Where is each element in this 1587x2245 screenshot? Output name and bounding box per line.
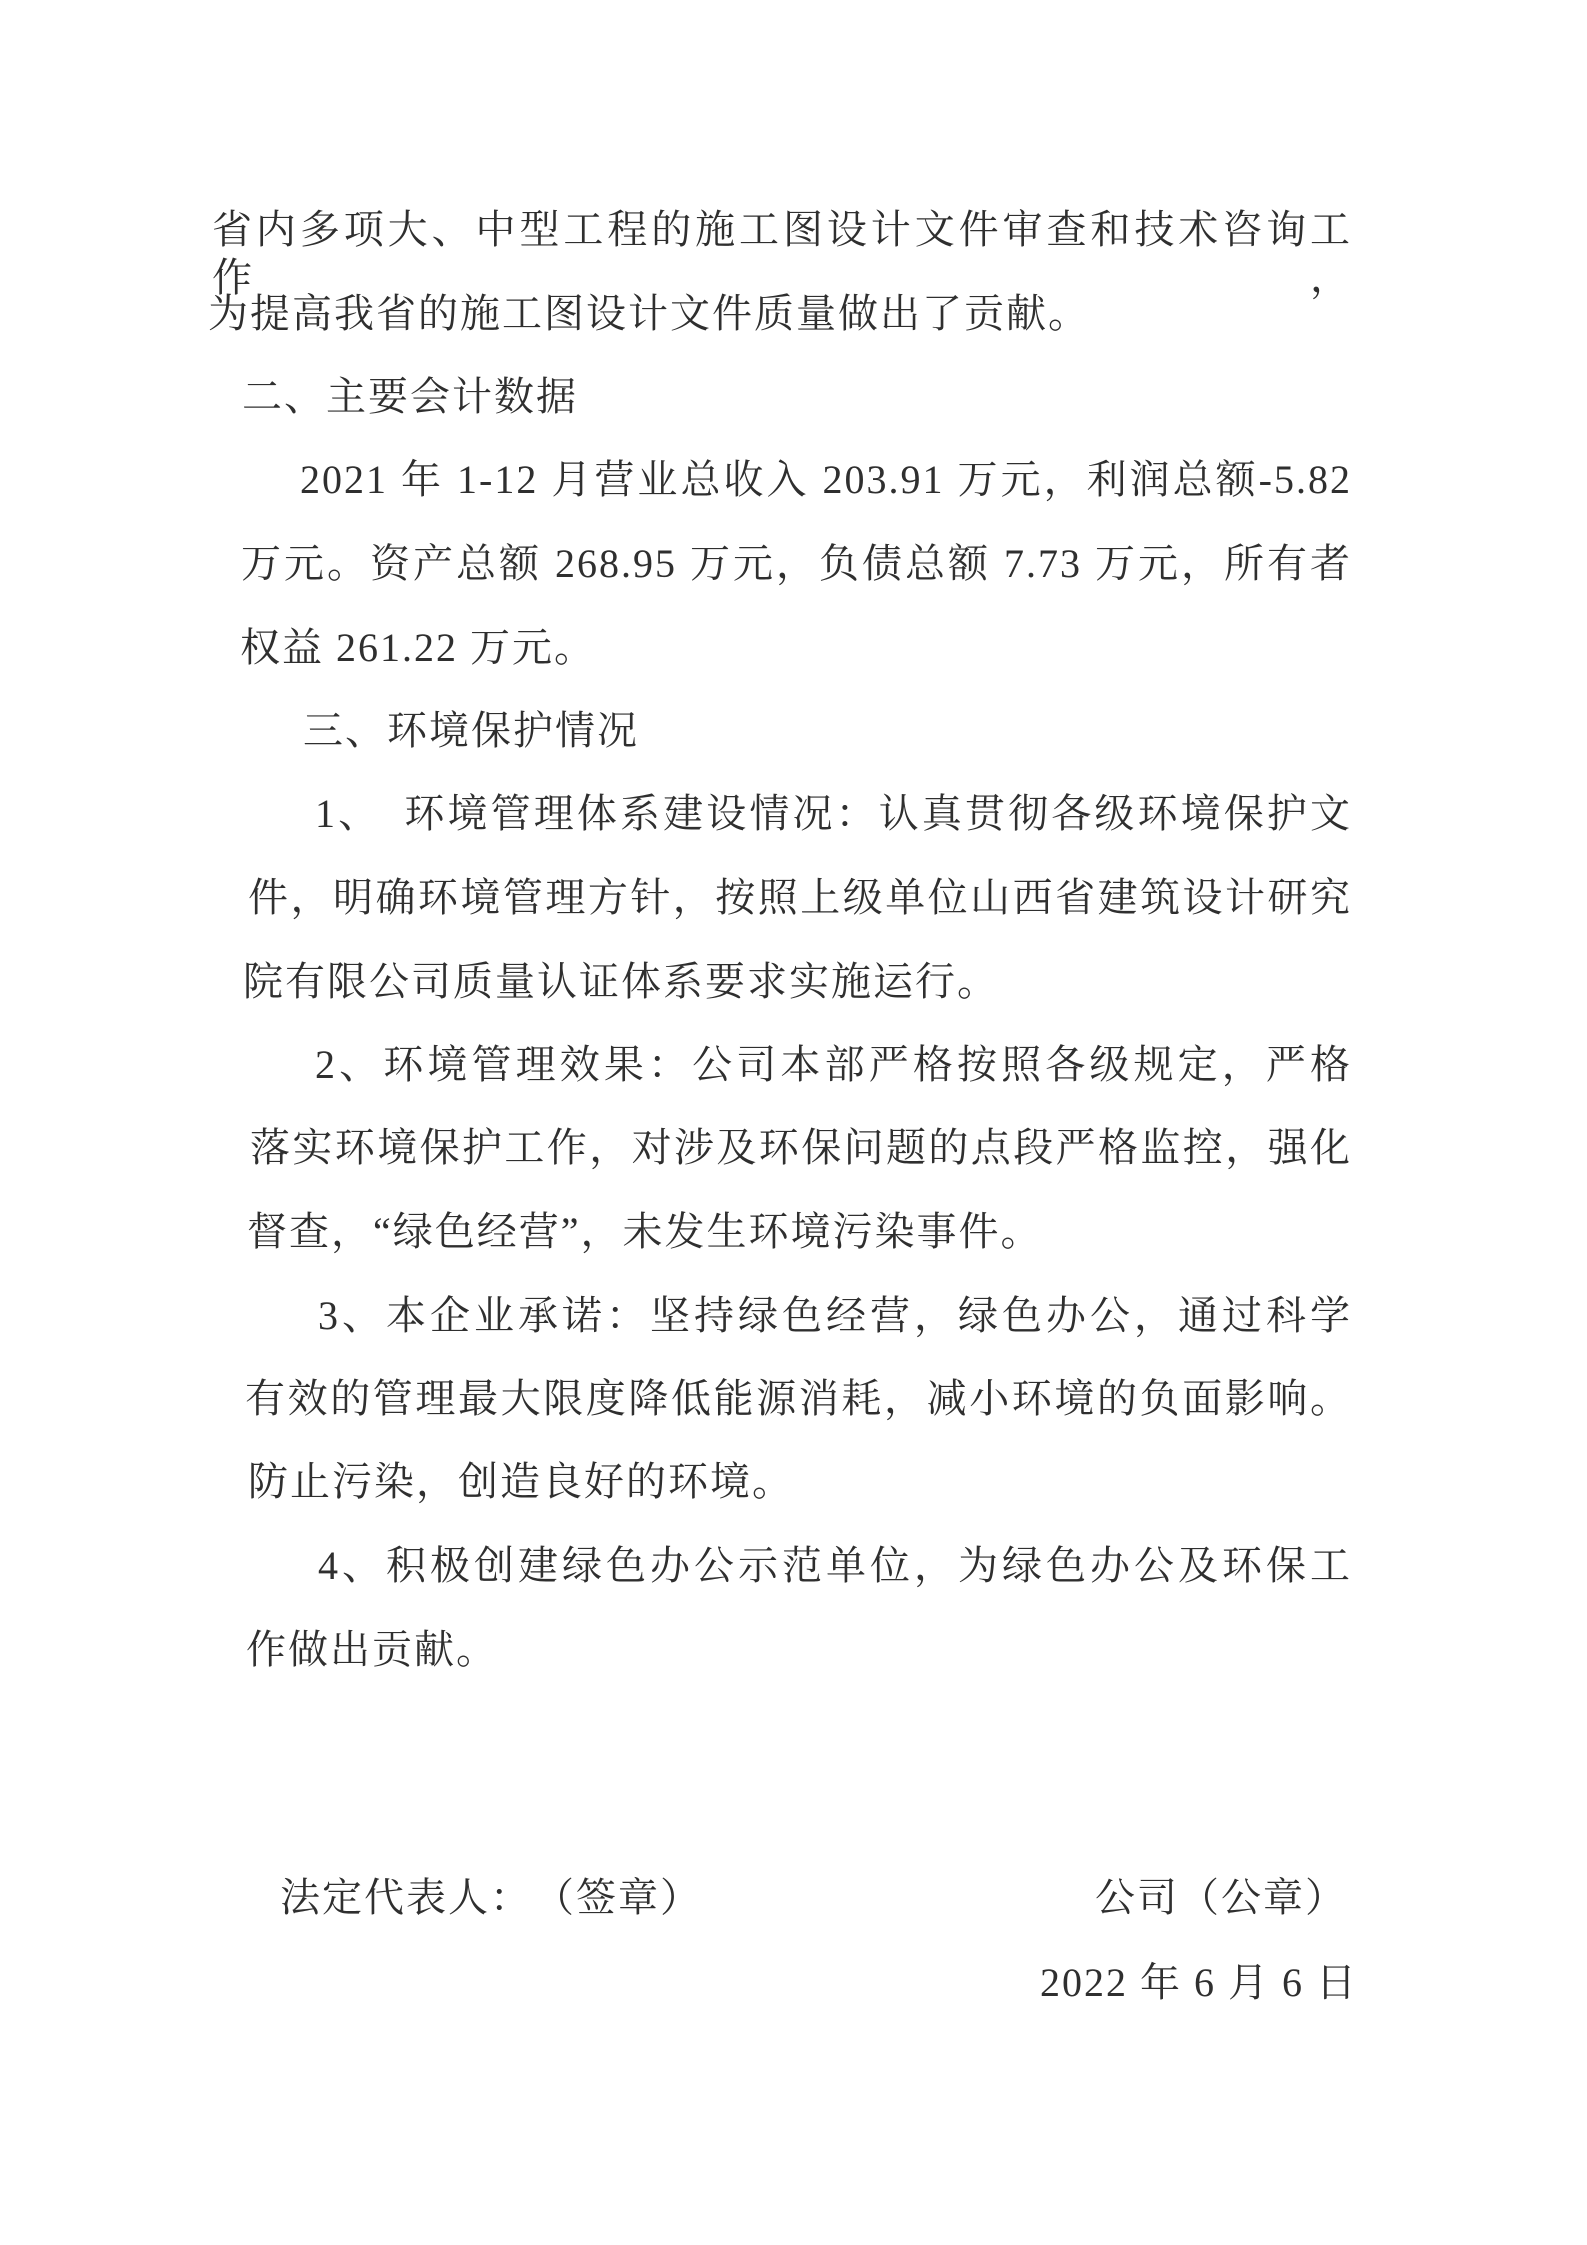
body-line: 防止污染，创造良好的环境。 — [248, 1458, 794, 1506]
body-line: 权益 261.22 万元。 — [240, 624, 596, 672]
body-line: 有效的管理最大限度降低能源消耗，减小环境的负面影响。 — [245, 1375, 1352, 1423]
date-line: 2022 年 6 月 6 日 — [1040, 1959, 1358, 2007]
legal-representative-signature-label: 法定代表人： （签章） — [280, 1874, 702, 1922]
body-line: 督查，“绿色经营”，未发生环境污染事件。 — [247, 1208, 1043, 1256]
body-line: 件，明确环境管理方针，按照上级单位山西省建筑设计研究 — [248, 874, 1352, 922]
body-line: 为提高我省的施工图设计文件质量做出了贡献。 — [208, 290, 1090, 338]
section-heading: 二、主要会计数据 — [242, 373, 578, 421]
body-line: 4、积极创建绿色办公示范单位，为绿色办公及环保工 — [318, 1542, 1352, 1590]
body-line: 万元。资产总额 268.95 万元，负债总额 7.73 万元，所有者 — [241, 540, 1352, 588]
body-line: 落实环境保护工作，对涉及环保问题的点段严格监控，强化 — [250, 1124, 1352, 1172]
body-line: 2021 年 1-12 月营业总收入 203.91 万元，利润总额-5.82 — [300, 456, 1352, 504]
company-seal-label: 公司（公章） — [1095, 1874, 1347, 1922]
body-line: 1、 环境管理体系建设情况：认真贯彻各级环境保护文 — [315, 790, 1352, 838]
document-page: 省内多项大、中型工程的施工图设计文件审查和技术咨询工作， 为提高我省的施工图设计… — [0, 0, 1587, 2245]
body-line: 省内多项大、中型工程的施工图设计文件审查和技术咨询工作， — [212, 206, 1352, 302]
body-line: 作做出贡献。 — [246, 1626, 498, 1674]
section-heading: 三、环境保护情况 — [303, 707, 639, 755]
body-line: 3、本企业承诺：坚持绿色经营，绿色办公，通过科学 — [318, 1292, 1352, 1340]
body-line: 2、环境管理效果：公司本部严格按照各级规定，严格 — [315, 1041, 1352, 1089]
body-line: 院有限公司质量认证体系要求实施运行。 — [243, 958, 999, 1006]
